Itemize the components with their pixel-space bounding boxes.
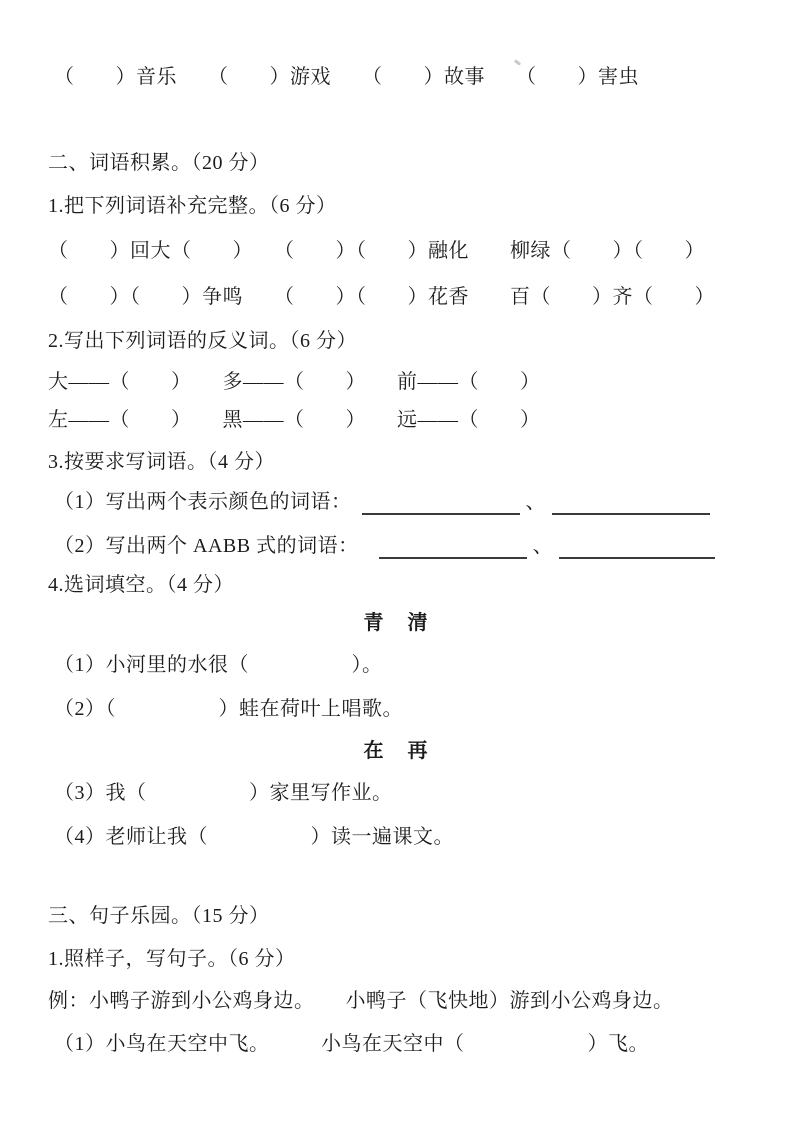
q1-blank-row-1: （ ）回大（ ） （ ）（ ）融化 柳绿（ ）（ ）: [48, 238, 705, 264]
q4-item-2: （2）（ ）蛙在荷叶上唱歌。: [54, 696, 403, 722]
q4-title: 4.选词填空。（4 分）: [48, 572, 234, 598]
q1-blank-row-2: （ ）（ ）争鸣 （ ）（ ）花香 百（ ）齐（ ）: [48, 284, 715, 310]
q3-item-2-label: （2）写出两个 AABB 式的词语：: [54, 533, 359, 559]
q1-title: 1.把下列词语补充完整。（6 分）: [48, 193, 337, 219]
answer-blank: [559, 537, 715, 559]
answer-blank: [379, 537, 527, 559]
q4-word-choice-qing-qing: 青 清: [0, 610, 793, 636]
answer-blank: [552, 493, 710, 515]
enumeration-comma: 、: [533, 533, 554, 559]
s3-item-1: （1）小鸟在天空中飞。 小鸟在天空中（ ）飞。: [54, 1031, 649, 1057]
s3-example-sentence: 例：小鸭子游到小公鸡身边。 小鸭子（飞快地）游到小公鸡身边。: [48, 988, 674, 1014]
enumeration-comma: 、: [526, 489, 547, 515]
q4-word-choice-zai-zai: 在 再: [0, 738, 793, 764]
q2-antonym-row-1: 大——（ ） 多——（ ） 前——（ ）: [48, 369, 541, 395]
q3-item-1-label: （1）写出两个表示颜色的词语：: [54, 489, 352, 515]
q2-antonym-row-2: 左——（ ） 黑——（ ） 远——（ ）: [48, 407, 541, 433]
worksheet-page: （ ）音乐 （ ）游戏 （ ）故事 （ ）害虫 二、词语积累。（20 分） 1.…: [0, 0, 793, 1122]
q4-item-4: （4）老师让我（ ）读一遍课文。: [54, 824, 454, 850]
section-three-title: 三、句子乐园。（15 分）: [48, 903, 270, 929]
answer-blank: [362, 493, 520, 515]
q4-item-3: （3）我（ ）家里写作业。: [54, 780, 393, 806]
q3-title: 3.按要求写词语。（4 分）: [48, 449, 275, 475]
q3-item-2: （2）写出两个 AABB 式的词语： 、: [54, 533, 719, 559]
q2-title: 2.写出下列词语的反义词。（6 分）: [48, 328, 357, 354]
q3-item-1: （1）写出两个表示颜色的词语： 、: [54, 489, 714, 515]
q4-item-1: （1）小河里的水很（ ）。: [54, 652, 383, 678]
section-two-title: 二、词语积累。（20 分）: [48, 150, 270, 176]
s3-q1-title: 1.照样子，写句子。（6 分）: [48, 946, 296, 972]
fill-in-word-row: （ ）音乐 （ ）游戏 （ ）故事 （ ）害虫: [54, 64, 639, 90]
